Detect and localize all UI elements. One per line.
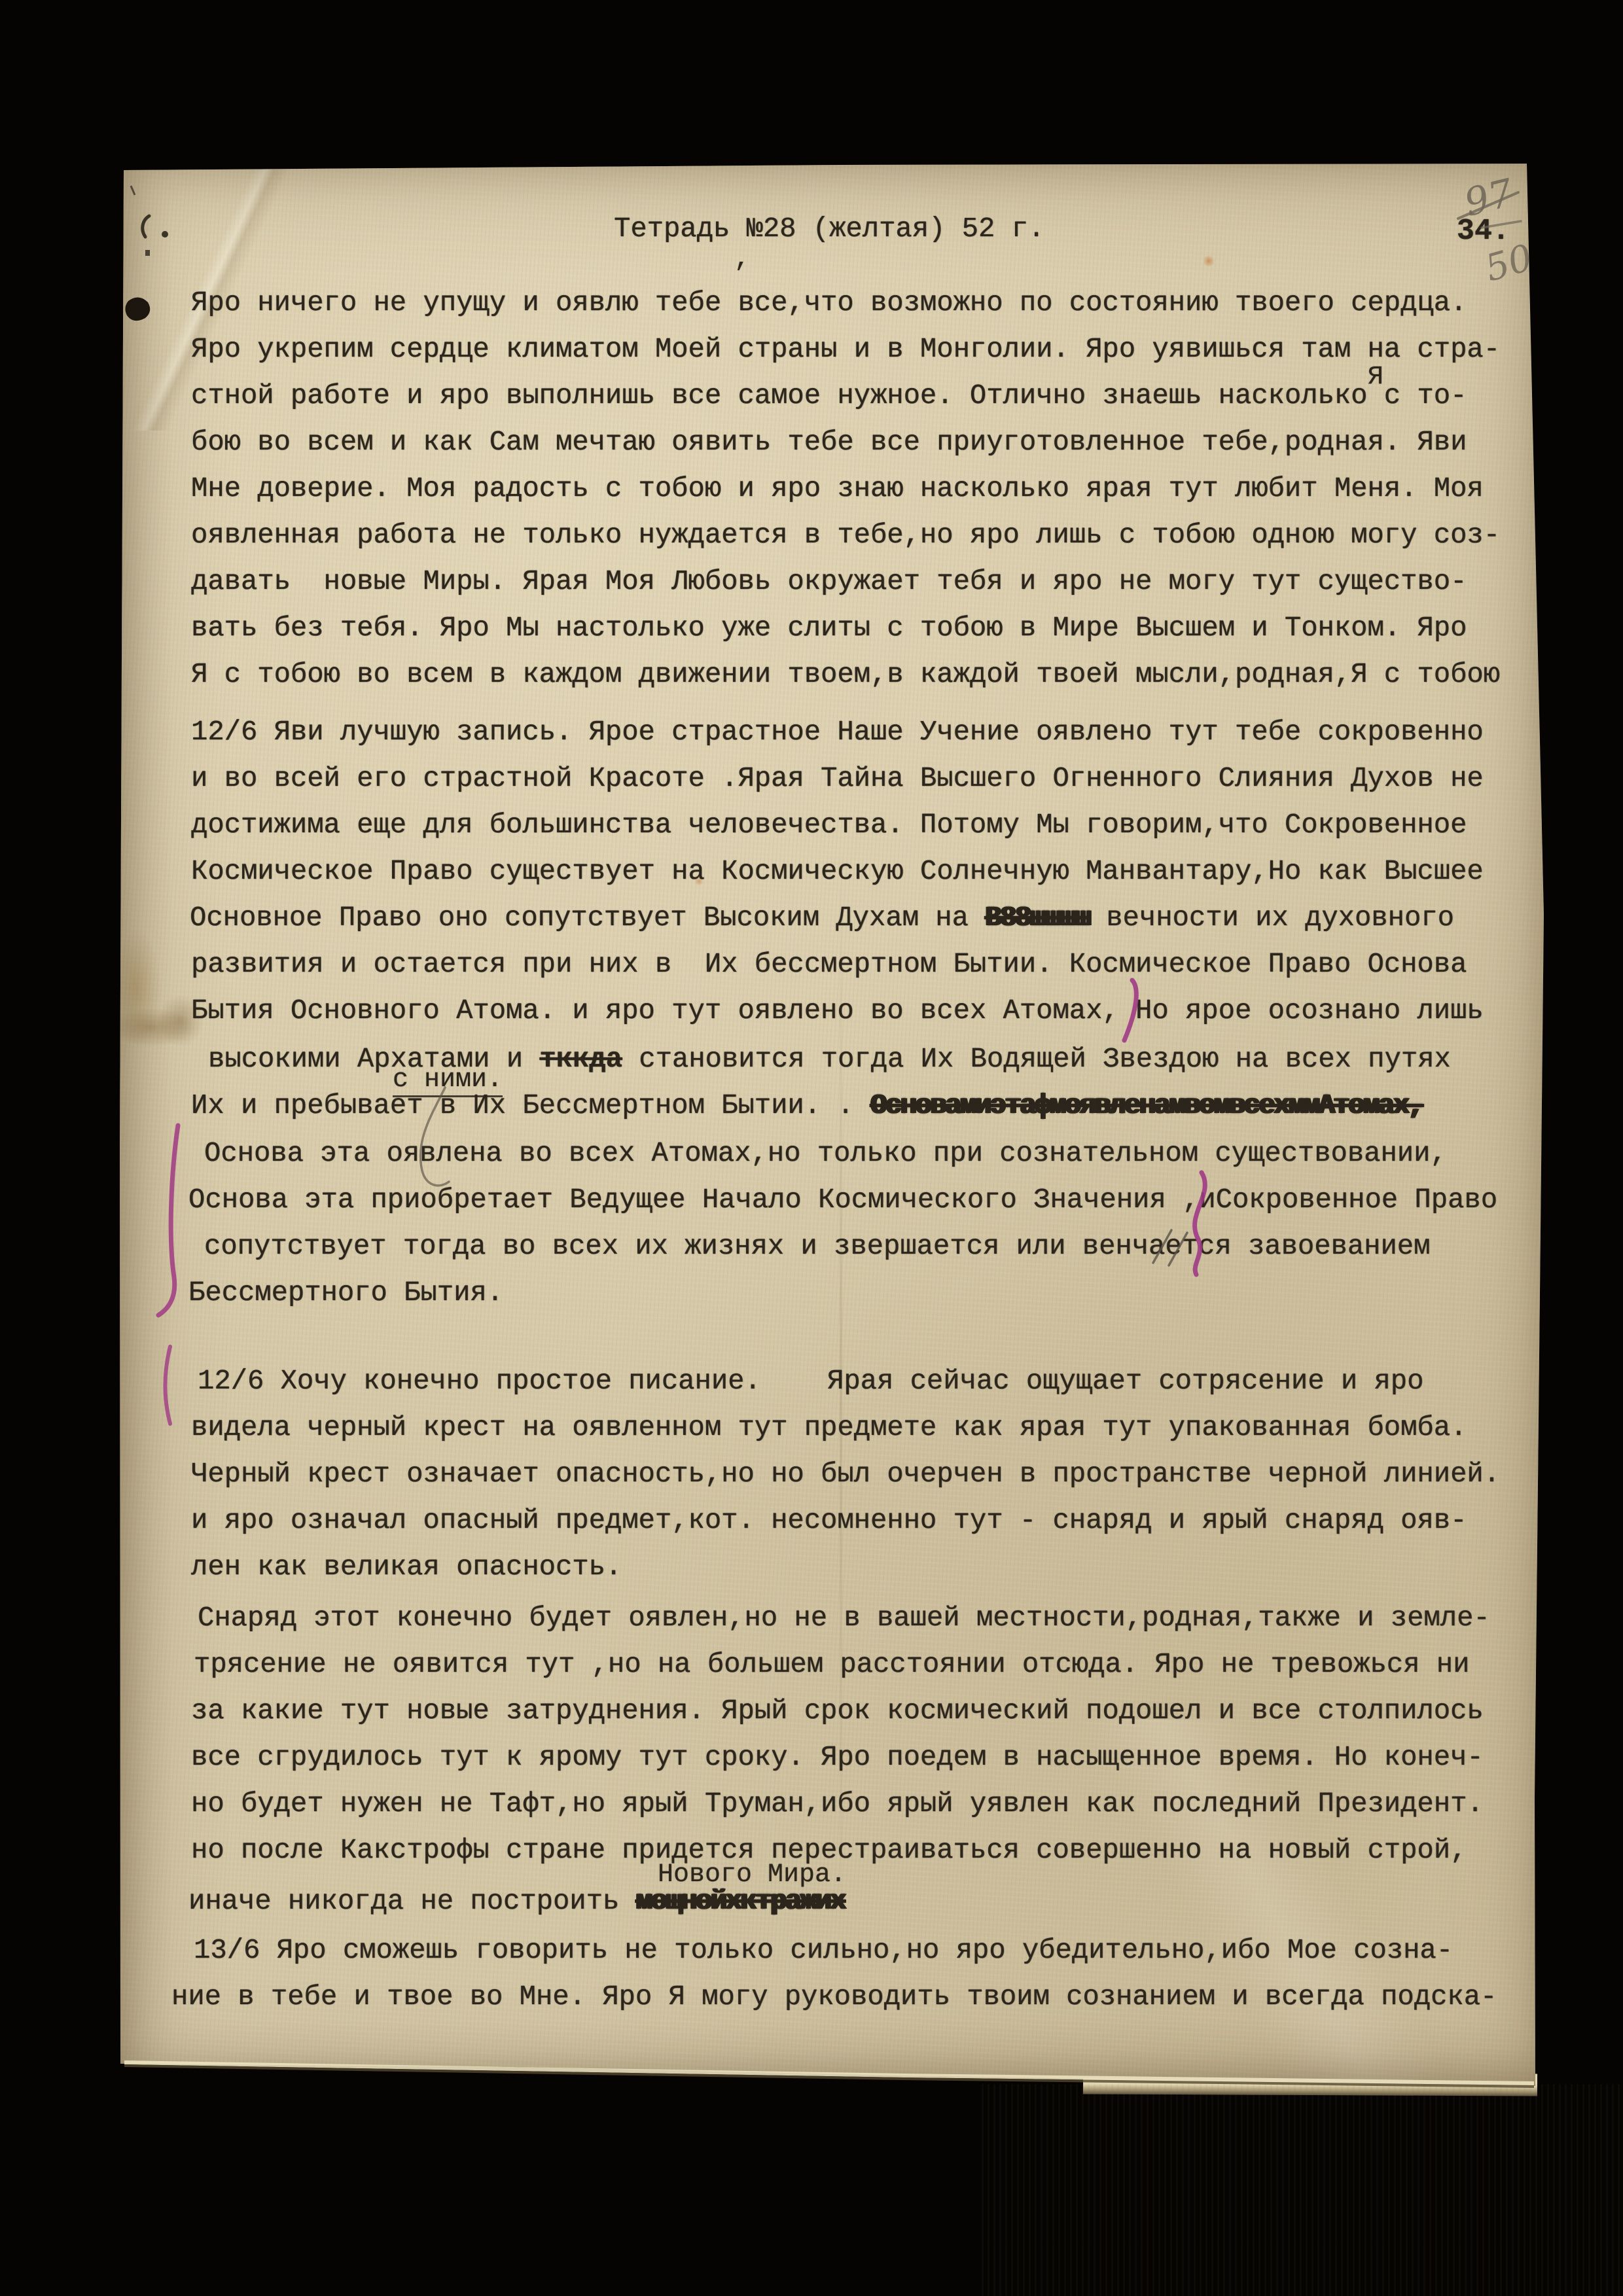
typewritten-line: ние в тебе и твое во Мне. Яро Я могу рук… xyxy=(171,1982,1497,2012)
inserted-s-nimi: с ними. xyxy=(393,1065,503,1097)
typewritten-line: Бытия Основного Атома. и яро тут оявлено… xyxy=(191,996,1484,1026)
typewritten-line: 13/6 Яро сможешь говорить не только силь… xyxy=(194,1935,1453,1966)
line-text: Я с тобою во всем в каждом движении твое… xyxy=(191,659,1500,690)
typewritten-line: Яро укрепим сердце климатом Моей страны … xyxy=(191,334,1500,364)
inserted-novogo-mira: Нового Мира. xyxy=(658,1860,846,1890)
typewritten-line: Яро ничего не упущу и оявлю тебе все,что… xyxy=(191,288,1467,318)
typewritten-line: видела черный крест на оявленном тут пре… xyxy=(191,1413,1467,1443)
typewritten-line: развития и остается при них в Их бессмер… xyxy=(191,949,1467,980)
line-text: лен как великая опасность. xyxy=(191,1551,622,1583)
struck-out-text: тккда xyxy=(539,1044,622,1075)
typewritten-line: вать без тебя. Яро Мы настолько уже слит… xyxy=(191,613,1467,643)
scanned-document-photo: Тетрадь №28 (желтая) 52 г. 34. 97 50 Яро… xyxy=(0,0,1623,2296)
line-text: Яро ничего не упущу и оявлю тебе все,что… xyxy=(191,287,1467,319)
typewritten-line: Основа эта приобретает Ведущее Начало Ко… xyxy=(188,1185,1497,1215)
struck-out-text: мощнойхктражих xyxy=(636,1886,845,1917)
line-text: стной работе и яро выполнишь все самое н… xyxy=(191,380,1467,412)
line-text: видела черный крест на оявленном тут пре… xyxy=(191,1412,1467,1443)
typewritten-line: но будет нужен не Тафт,но ярый Труман,иб… xyxy=(191,1789,1484,1819)
line-text: Черный крест означает опасность,но но бы… xyxy=(191,1458,1500,1490)
typewritten-line: за какие тут новые затруднения. Ярый сро… xyxy=(191,1696,1484,1726)
line-text: иначе никогда не построить xyxy=(188,1886,636,1917)
stray-comma: , xyxy=(734,245,750,274)
typewritten-line: достижима еще для большинства человечест… xyxy=(191,810,1467,840)
line-text: достижима еще для большинства человечест… xyxy=(191,809,1467,841)
typewritten-line: Снаряд этот конечно будет оявлен,но не в… xyxy=(198,1603,1490,1633)
struck-out-text: ОсновамиэтафмоявленамвомвсехммАтомах, xyxy=(870,1090,1423,1122)
line-text: и яро означал опасный предмет,кот. несом… xyxy=(191,1505,1467,1536)
typewritten-line: иначе никогда не построить мощнойхктражи… xyxy=(188,1886,845,1916)
struck-out-text: В88шшшш xyxy=(985,902,1090,934)
line-text: развития и остается при них в Их бессмер… xyxy=(191,949,1467,980)
typewritten-line: и во всей его страстной Красоте .Ярая Та… xyxy=(191,764,1484,794)
typewritten-line: Космическое Право существует на Космичес… xyxy=(191,857,1484,887)
line-text: 12/6 Хочу конечно простое писание. Ярая … xyxy=(198,1366,1423,1397)
line-text: давать новые Миры. Ярая Моя Любовь окруж… xyxy=(191,566,1467,597)
typewritten-line: и яро означал опасный предмет,кот. несом… xyxy=(191,1506,1467,1536)
line-text: за какие тут новые затруднения. Ярый сро… xyxy=(191,1695,1484,1727)
typewritten-line: оявленная работа не только нуждается в т… xyxy=(191,520,1500,550)
line-text: вать без тебя. Яро Мы настолько уже слит… xyxy=(191,612,1467,644)
typewritten-line: Основное Право оно сопутствует Высоким Д… xyxy=(190,903,1454,933)
line-text: Космическое Право существует на Космичес… xyxy=(191,856,1484,887)
typewritten-line: 12/6 Хочу конечно простое писание. Ярая … xyxy=(198,1366,1423,1396)
line-text: оявленная работа не только нуждается в т… xyxy=(191,520,1500,551)
notebook-title: Тетрадь №28 (желтая) 52 г. xyxy=(614,213,1044,245)
line-text: бою во всем и как Сам мечтаю оявить тебе… xyxy=(191,427,1467,458)
typewritten-line: трясение не оявится тут ,но на большем р… xyxy=(194,1650,1469,1680)
line-text: Основа эта приобретает Ведущее Начало Ко… xyxy=(188,1184,1497,1216)
typewritten-line: бою во всем и как Сам мечтаю оявить тебе… xyxy=(191,427,1467,457)
line-text: Яро укрепим сердце климатом Моей страны … xyxy=(191,334,1500,365)
typewritten-line: 12/6 Яви лучшую запись. Ярое страстное Н… xyxy=(191,717,1484,747)
typewritten-line: Бессмертного Бытия. xyxy=(188,1278,503,1308)
line-text: 13/6 Яро сможешь говорить не только силь… xyxy=(194,1935,1453,1966)
typewritten-line: Их и пребывает в Их Бессмертном Бытии. .… xyxy=(191,1091,1423,1121)
line-text: Бытия Основного Атома. и яро тут оявлено… xyxy=(191,995,1484,1027)
line-text: становится тогда Их Водящей Звездою на в… xyxy=(622,1044,1451,1075)
typewritten-line: все сгрудилось тут к ярому тут сроку. Яр… xyxy=(191,1742,1484,1773)
typewritten-line: лен как великая опасность. xyxy=(191,1552,622,1582)
line-text: но будет нужен не Тафт,но ярый Труман,иб… xyxy=(191,1788,1484,1820)
line-text: Основное Право оно сопутствует Высоким Д… xyxy=(190,902,985,934)
line-text: ние в тебе и твое во Мне. Яро Я могу рук… xyxy=(171,1981,1497,2013)
text-layer: Тетрадь №28 (желтая) 52 г. 34. 97 50 Яро… xyxy=(0,0,1623,2296)
line-text: сопутствует тогда во всех их жизнях и зв… xyxy=(204,1231,1430,1262)
line-text: все сгрудилось тут к ярому тут сроку. Яр… xyxy=(191,1742,1484,1773)
line-text: Основа эта оявлена во всех Атомах,но тол… xyxy=(204,1138,1447,1169)
line-text: и во всей его страстной Красоте .Ярая Та… xyxy=(191,763,1484,794)
typewritten-line: Я с тобою во всем в каждом движении твое… xyxy=(191,660,1500,690)
typewritten-line: давать новые Миры. Ярая Моя Любовь окруж… xyxy=(191,567,1467,597)
typewritten-line: Черный крест означает опасность,но но бы… xyxy=(191,1459,1500,1489)
line-text: Бессмертного Бытия. xyxy=(188,1277,503,1309)
typewritten-line: Мне доверие. Моя радость с тобою и яро з… xyxy=(191,474,1484,504)
line-text: Снаряд этот конечно будет оявлен,но не в… xyxy=(198,1602,1490,1634)
typewritten-line: Основа эта оявлена во всех Атомах,но тол… xyxy=(204,1139,1447,1169)
line-text: 12/6 Яви лучшую запись. Ярое страстное Н… xyxy=(191,716,1484,748)
line-text: Их и пребывает в Их Бессмертном Бытии. . xyxy=(191,1090,870,1122)
typewritten-line: стной работе и яро выполнишь все самое н… xyxy=(191,381,1467,411)
typewritten-line: сопутствует тогда во всех их жизнях и зв… xyxy=(204,1231,1430,1262)
line-text: Мне доверие. Моя радость с тобою и яро з… xyxy=(191,473,1484,504)
line-text: вечности их духовного xyxy=(1090,902,1454,934)
inserted-letter-ya: Я xyxy=(1368,362,1383,392)
line-text: трясение не оявится тут ,но на большем р… xyxy=(194,1649,1469,1680)
